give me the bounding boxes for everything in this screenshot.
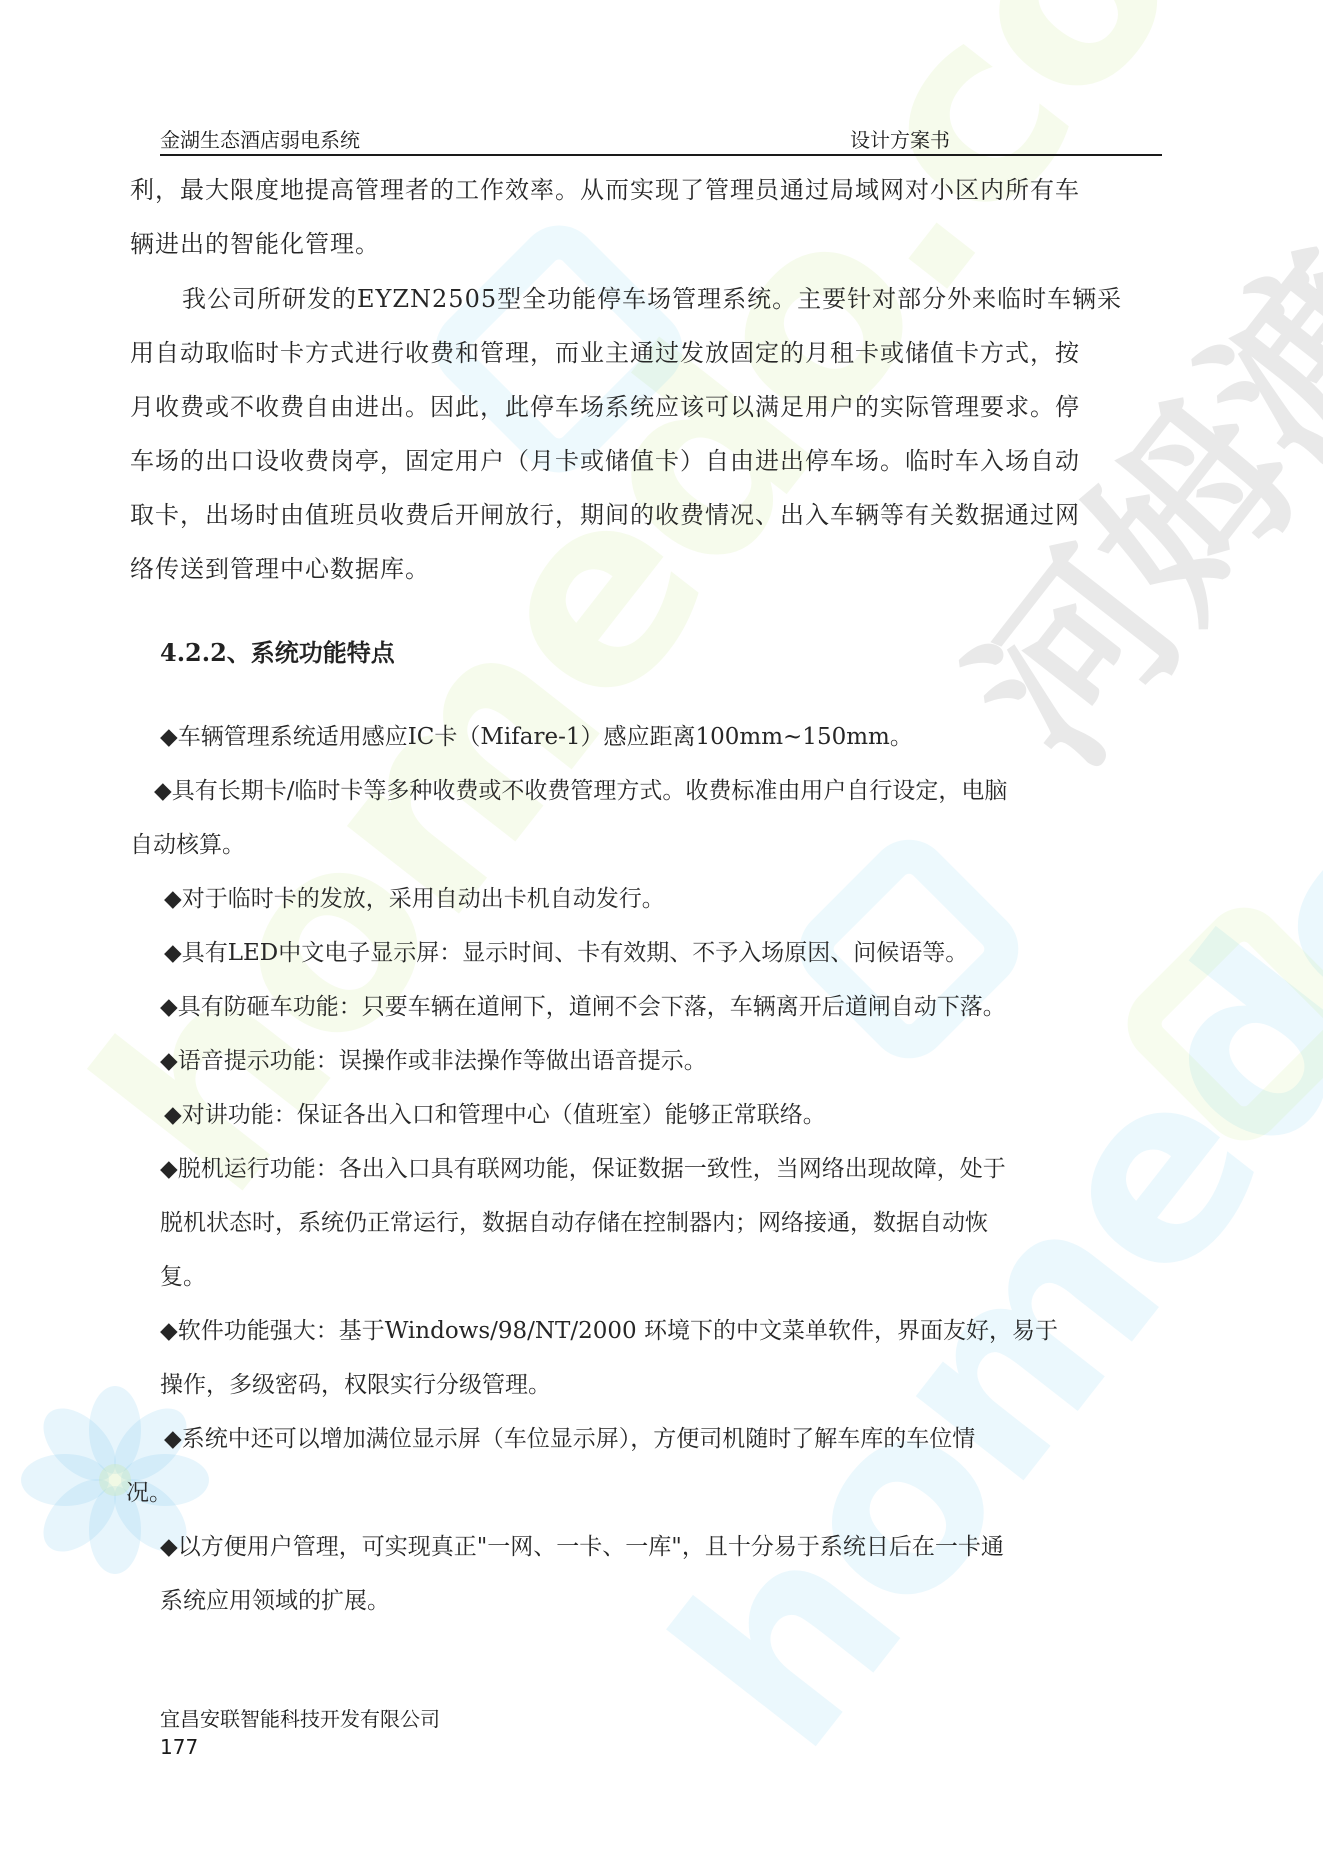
text-line: 车场的出口设收费岗亭，固定用户（月卡或储值卡）自由进出停车场。临时车入场自动 [130,434,1165,488]
feature-line: ◆对于临时卡的发放，采用自动出卡机自动发行。 [164,872,1170,926]
text-line: 我公司所研发的EYZN2505型全功能停车场管理系统。主要针对部分外来临时车辆采 [130,272,1165,326]
section-heading: 4.2.2、系统功能特点 [160,633,395,668]
document-page: 金湖生态酒店弱电系统 设计方案书 利，最大限度地提高管理者的工作效率。从而实现了… [0,0,1323,1871]
text-line: 辆进出的智能化管理。 [130,217,1165,271]
feature-line: ◆对讲功能：保证各出入口和管理中心（值班室）能够正常联络。 [164,1088,1170,1142]
feature-line: ◆具有长期卡/临时卡等多种收费或不收费管理方式。收费标准由用户自行设定，电脑 [130,764,1170,818]
feature-item: ◆车辆管理系统适用感应IC卡（Mifare-1）感应距离100mm~150mm。 [130,710,1170,764]
text-line: 络传送到管理中心数据库。 [130,542,1165,596]
feature-item: ◆语音提示功能：误操作或非法操作等做出语音提示。 [130,1034,1170,1088]
intro-paragraph: 我公司所研发的EYZN2505型全功能停车场管理系统。主要针对部分外来临时车辆采… [130,272,1165,596]
feature-line: 系统应用领域的扩展。 [160,1574,1170,1628]
feature-line: 脱机状态时，系统仍正常运行，数据自动存储在控制器内；网络接通，数据自动恢 [160,1196,1170,1250]
feature-line: ◆脱机运行功能：各出入口具有联网功能，保证数据一致性，当网络出现故障，处于 [160,1142,1170,1196]
text-line: 月收费或不收费自由进出。因此，此停车场系统应该可以满足用户的实际管理要求。停 [130,380,1165,434]
feature-line: 自动核算。 [130,818,1170,872]
feature-line: ◆具有防砸车功能：只要车辆在道闸下，道闸不会下落，车辆离开后道闸自动下落。 [160,980,1170,1034]
feature-line: 操作，多级密码，权限实行分级管理。 [160,1358,1170,1412]
text-line: 取卡，出场时由值班员收费后开闸放行，期间的收费情况、出入车辆等有关数据通过网 [130,488,1165,542]
feature-line: ◆以方便用户管理，可实现真正"一网、一卡、一库"，且十分易于系统日后在一卡通 [160,1520,1170,1574]
feature-item: ◆系统中还可以增加满位显示屏（车位显示屏），方便司机随时了解车库的车位情 况。 [130,1412,1170,1520]
text-line: 利，最大限度地提高管理者的工作效率。从而实现了管理员通过局域网对小区内所有车 [130,163,1165,217]
feature-line: ◆具有LED中文电子显示屏：显示时间、卡有效期、不予入场原因、问候语等。 [164,926,1170,980]
feature-item: ◆软件功能强大：基于Windows/98/NT/2000 环境下的中文菜单软件，… [130,1304,1170,1412]
feature-line: ◆语音提示功能：误操作或非法操作等做出语音提示。 [160,1034,1170,1088]
intro-continuation: 利，最大限度地提高管理者的工作效率。从而实现了管理员通过局域网对小区内所有车 辆… [130,163,1165,271]
text-line: 用自动取临时卡方式进行收费和管理，而业主通过发放固定的月租卡或储值卡方式，按 [130,326,1165,380]
feature-item: ◆脱机运行功能：各出入口具有联网功能，保证数据一致性，当网络出现故障，处于 脱机… [130,1142,1170,1304]
feature-item: ◆对讲功能：保证各出入口和管理中心（值班室）能够正常联络。 [130,1088,1170,1142]
page-number: 177 [160,1733,440,1761]
feature-line: 复。 [160,1250,1170,1304]
footer-company-name: 宜昌安联智能科技开发有限公司 [160,1705,440,1733]
header-doc-type: 设计方案书 [850,124,950,153]
feature-item: ◆对于临时卡的发放，采用自动出卡机自动发行。 [130,872,1170,926]
feature-line: ◆软件功能强大：基于Windows/98/NT/2000 环境下的中文菜单软件，… [160,1304,1170,1358]
header-project-title: 金湖生态酒店弱电系统 [160,124,360,153]
feature-item: ◆具有长期卡/临时卡等多种收费或不收费管理方式。收费标准由用户自行设定，电脑 自… [130,764,1170,872]
feature-item: ◆具有LED中文电子显示屏：显示时间、卡有效期、不予入场原因、问候语等。 [130,926,1170,980]
page-footer: 宜昌安联智能科技开发有限公司 177 [160,1705,440,1761]
feature-item: ◆具有防砸车功能：只要车辆在道闸下，道闸不会下落，车辆离开后道闸自动下落。 [130,980,1170,1034]
feature-line: ◆系统中还可以增加满位显示屏（车位显示屏），方便司机随时了解车库的车位情 [130,1412,1170,1466]
feature-line: 况。 [126,1466,1170,1520]
feature-item: ◆以方便用户管理，可实现真正"一网、一卡、一库"，且十分易于系统日后在一卡通 系… [130,1520,1170,1628]
feature-list: ◆车辆管理系统适用感应IC卡（Mifare-1）感应距离100mm~150mm。… [130,710,1170,1628]
feature-line: ◆车辆管理系统适用感应IC卡（Mifare-1）感应距离100mm~150mm。 [160,710,1170,764]
page-header: 金湖生态酒店弱电系统 设计方案书 [160,122,1162,156]
